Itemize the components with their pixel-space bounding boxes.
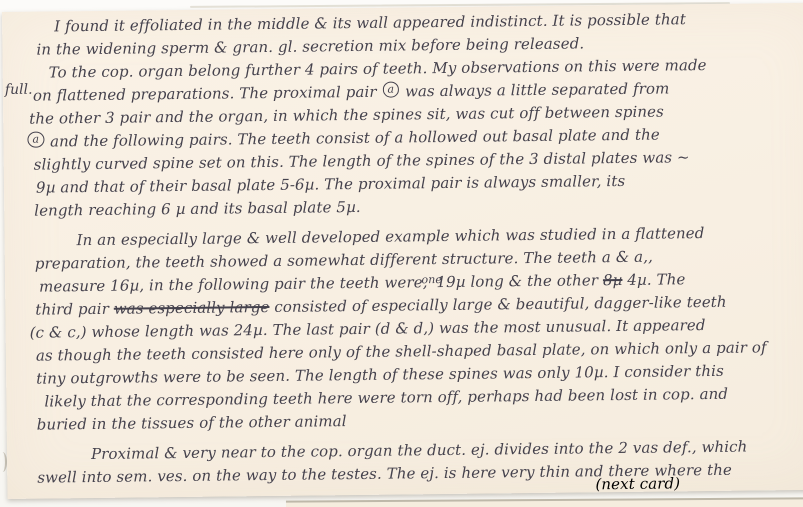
scan-artifact-mark xyxy=(0,452,7,472)
struck-through-text: 8µ xyxy=(603,271,623,289)
line-text: was always a little separated from xyxy=(405,79,670,100)
index-card: full. I found it effoliated in the middl… xyxy=(2,3,803,499)
next-card-note: (next card) xyxy=(595,472,680,496)
paragraph-2: To the cop. organ belong further 4 pairs… xyxy=(33,53,797,223)
struck-through-text: was especially large xyxy=(114,298,270,318)
line-text: on flattened preparations. The proximal … xyxy=(33,83,377,105)
line-text: 19µ long & the other xyxy=(436,271,598,291)
paragraph-4: Proximal & very near to the cop. organ t… xyxy=(37,435,799,490)
next-card-sliver xyxy=(286,497,803,507)
margin-note: full. xyxy=(5,82,33,98)
line-text: third pair xyxy=(35,300,109,319)
line-text: consisted of especially large & beautifu… xyxy=(274,293,727,316)
paragraph-3: In an especially large & well developed … xyxy=(34,221,798,437)
circled-letter-a: a xyxy=(27,132,44,148)
circled-letter-a: a xyxy=(382,82,399,98)
line-text: 4µ. The xyxy=(627,270,685,289)
line-text: measure 16µ, in the following pair the t… xyxy=(39,273,428,295)
inserted-word: one xyxy=(421,274,442,285)
scan-background: full. I found it effoliated in the middl… xyxy=(0,0,803,507)
